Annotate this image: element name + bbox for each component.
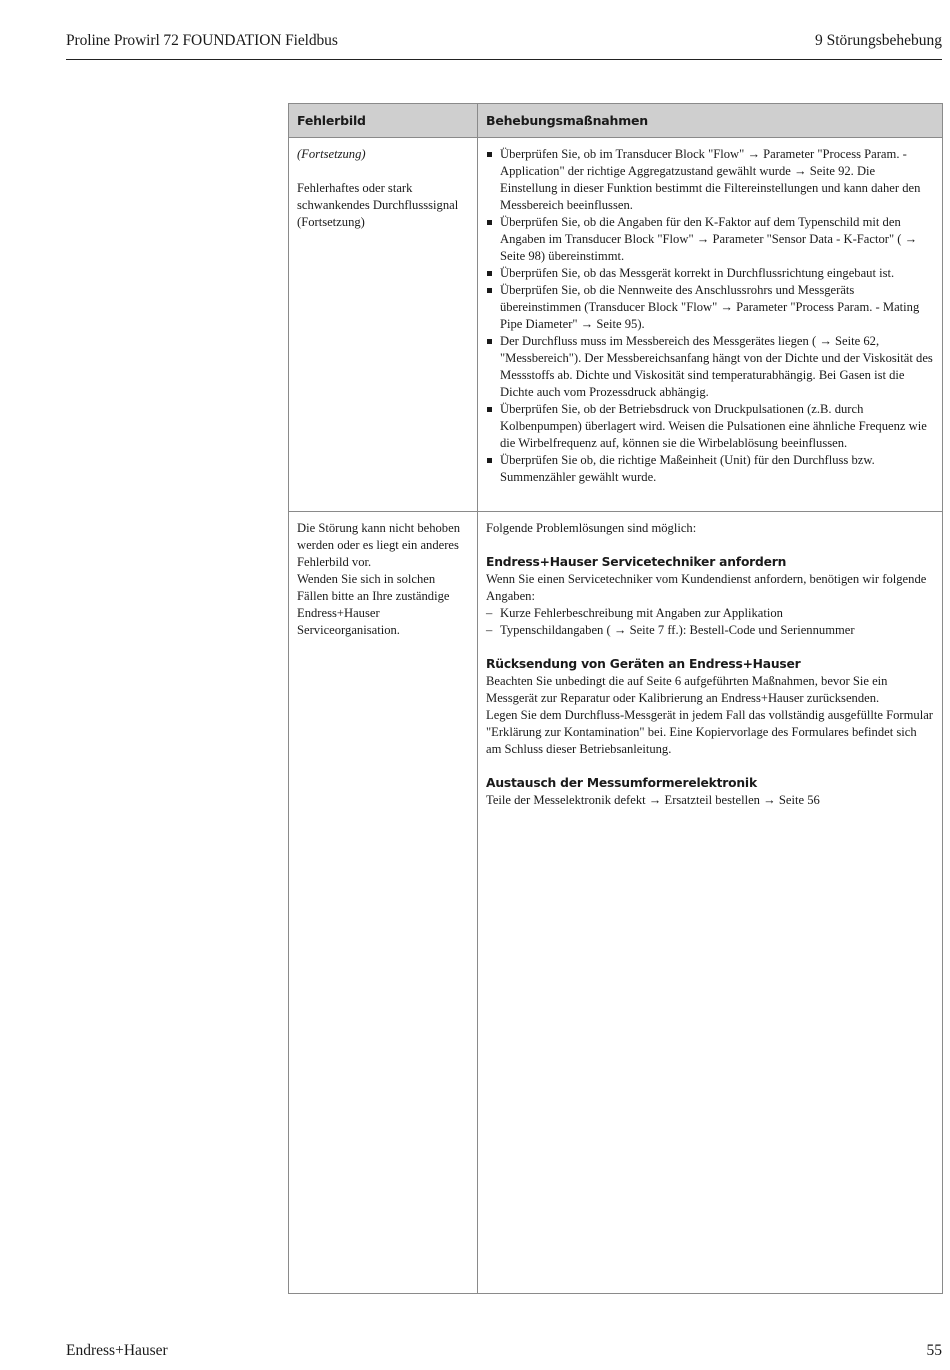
header-rule: [66, 59, 942, 60]
section-text: Wenn Sie einen Servicetechniker vom Kund…: [486, 571, 934, 605]
troubleshooting-table: Fehlerbild Behebungsmaßnahmen (Fortsetzu…: [288, 103, 943, 1294]
continuation-note: (Fortsetzung): [297, 146, 469, 163]
section-heading-device-return: Rücksendung von Geräten an Endress+Hause…: [486, 656, 934, 673]
running-header-chapter: 9 Störungsbehebung: [815, 32, 942, 50]
section-text: Legen Sie dem Durchfluss-Messgerät in je…: [486, 707, 934, 758]
intro-text: Folgende Problemlösungen sind möglich:: [486, 520, 934, 537]
list-item: Überprüfen Sie, ob die Nennweite des Ans…: [486, 282, 934, 333]
measures-list: Überprüfen Sie, ob im Transducer Block "…: [486, 146, 934, 486]
table-row: Die Störung kann nicht behoben werden od…: [289, 512, 943, 1294]
column-header-behebungsmassnahmen: Behebungsmaßnahmen: [478, 104, 943, 138]
table-row: (Fortsetzung) Fehlerhaftes oder stark sc…: [289, 138, 943, 512]
column-header-fehlerbild: Fehlerbild: [289, 104, 478, 138]
section-text: Beachten Sie unbedingt die auf Seite 6 a…: [486, 673, 934, 707]
symptom-text: Fehlerhaftes oder stark schwankendes Dur…: [297, 180, 469, 231]
symptom-cell: (Fortsetzung) Fehlerhaftes oder stark sc…: [289, 138, 478, 512]
list-item: Überprüfen Sie, ob die Angaben für den K…: [486, 214, 934, 265]
list-item: Überprüfen Sie, ob im Transducer Block "…: [486, 146, 934, 214]
measures-cell: Folgende Problemlösungen sind möglich: E…: [478, 512, 943, 1294]
list-item: Überprüfen Sie, ob das Messgerät korrekt…: [486, 265, 934, 282]
required-info-list: Kurze Fehlerbeschreibung mit Angaben zur…: [486, 605, 934, 639]
running-header-title: Proline Prowirl 72 FOUNDATION Fieldbus: [66, 32, 338, 50]
section-heading-service-technician: Endress+Hauser Servicetechniker anforder…: [486, 554, 934, 571]
list-item: Der Durchfluss muss im Messbereich des M…: [486, 333, 934, 401]
section-text: Teile der Messelektronik defekt → Ersatz…: [486, 792, 934, 809]
footer-brand: Endress+Hauser: [66, 1342, 168, 1360]
symptom-text: Die Störung kann nicht behoben werden od…: [297, 520, 469, 571]
list-item: Überprüfen Sie ob, die richtige Maßeinhe…: [486, 452, 934, 486]
section-heading-electronics-replacement: Austausch der Messumformerelektronik: [486, 775, 934, 792]
list-item: Kurze Fehlerbeschreibung mit Angaben zur…: [486, 605, 934, 622]
measures-cell: Überprüfen Sie, ob im Transducer Block "…: [478, 138, 943, 512]
list-item: Typenschildangaben ( → Seite 7 ff.): Bes…: [486, 622, 934, 639]
symptom-contact-text: Wenden Sie sich in solchen Fällen bitte …: [297, 571, 469, 639]
list-item: Überprüfen Sie, ob der Betriebsdruck von…: [486, 401, 934, 452]
symptom-cell: Die Störung kann nicht behoben werden od…: [289, 512, 478, 1294]
page-number: 55: [927, 1342, 943, 1360]
table-header-row: Fehlerbild Behebungsmaßnahmen: [289, 104, 943, 138]
